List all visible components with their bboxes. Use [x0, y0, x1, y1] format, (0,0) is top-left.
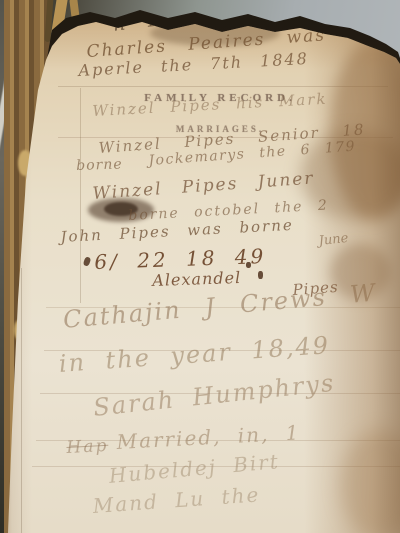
handwriting-line: borne octobel the 2	[128, 198, 329, 224]
handwriting-line: Married, in, 1	[116, 420, 301, 454]
handwriting-line: borne	[76, 156, 123, 174]
book-page: FAMILY RECORD. MARRIAGES. h Pind Charles…	[0, 0, 400, 533]
handwriting-line: in the year 18,49	[58, 331, 331, 378]
handwriting-line: Winzel Pipes his Mark	[92, 90, 328, 120]
handwriting-fragment: Pipes	[292, 278, 339, 299]
ink-mark	[83, 256, 92, 267]
handwriting-line: Alexandel	[152, 268, 241, 290]
handwriting-line: Winzel Pipes Juner	[92, 168, 315, 203]
photo-of-family-record-book: FAMILY RECORD. MARRIAGES. h Pind Charles…	[0, 0, 400, 533]
handwriting-line: Cathajin J Crews W	[62, 279, 378, 334]
handwriting-struck-word: Hap	[66, 436, 109, 458]
ruled-line	[32, 466, 400, 467]
printed-section-heading: MARRIAGES.	[168, 124, 272, 134]
page-crease	[21, 268, 22, 533]
ruled-line	[58, 86, 388, 87]
handwriting-line: Hubeldej Birt	[108, 449, 281, 488]
ruled-line	[58, 137, 393, 138]
handwriting-line: Jockemarys the 6 179	[148, 138, 357, 168]
handwriting-fragment: June	[318, 231, 349, 249]
ink-mark	[258, 271, 263, 279]
edge-stain	[330, 40, 400, 220]
ink-blot-core	[104, 202, 138, 216]
column-rule	[80, 88, 81, 303]
handwriting-line: John Pipes was borne	[60, 216, 294, 246]
handwriting-line: Winzel Pipes Senior 18	[98, 120, 366, 157]
printed-title: FAMILY RECORD.	[128, 92, 312, 104]
handwriting-line: Mand Lu the	[92, 482, 261, 518]
ruled-line	[40, 393, 400, 394]
ink-mark	[246, 262, 251, 268]
corner-stain	[340, 430, 400, 533]
handwriting-line: Aperle the 7th 1848	[78, 49, 309, 80]
handwriting-date: 6/ 22 18 49	[94, 244, 267, 274]
smudge-stain	[330, 244, 390, 300]
ruled-line	[46, 307, 400, 308]
edge-stain	[300, 130, 400, 220]
handwriting-line: Sarah Humphrys	[92, 369, 337, 422]
ruled-line	[36, 440, 400, 441]
ruled-line	[44, 350, 400, 351]
ink-blot	[88, 198, 154, 222]
